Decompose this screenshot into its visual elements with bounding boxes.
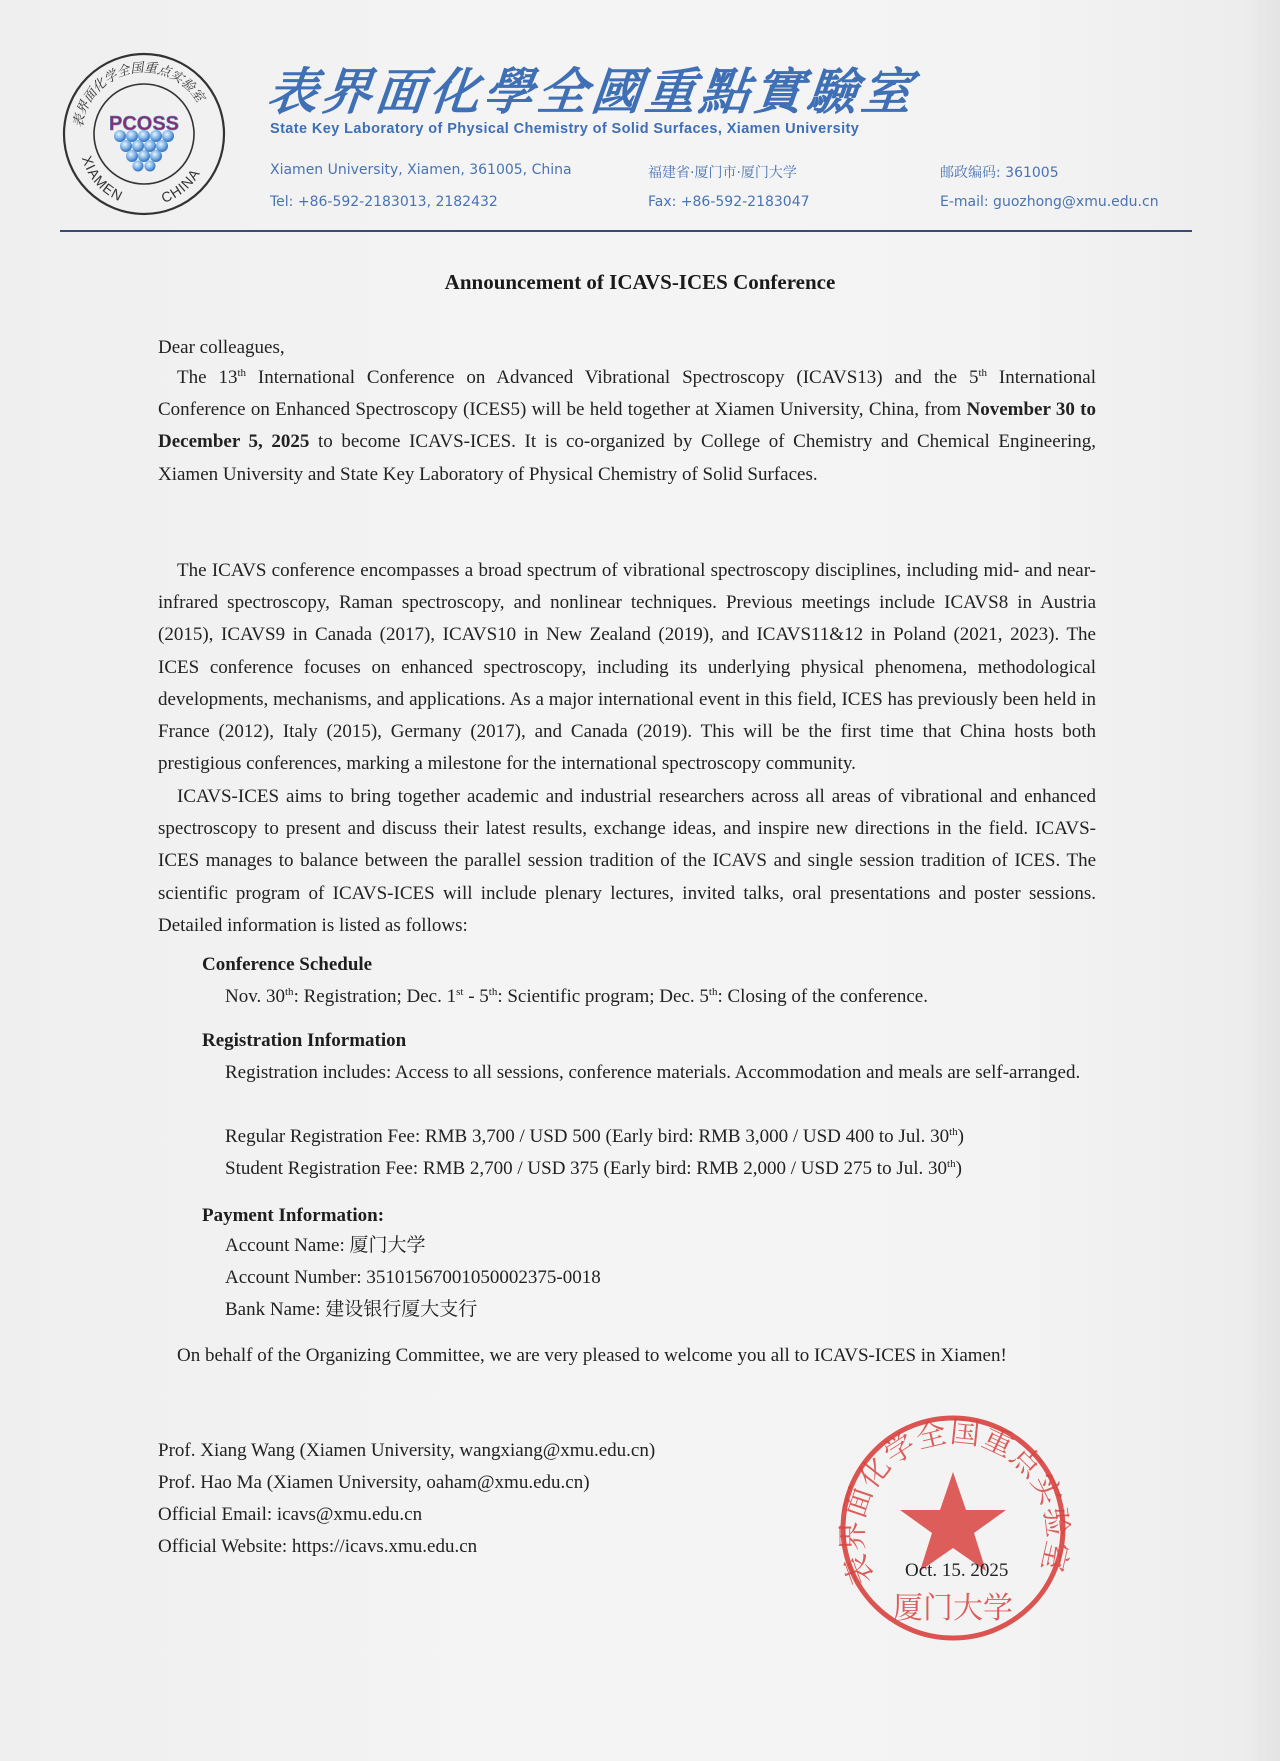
star-icon (900, 1472, 1006, 1571)
svg-text:厦门大学: 厦门大学 (893, 1591, 1013, 1626)
scan-edge-shadow (1240, 0, 1280, 1761)
registration-includes: Registration includes: Access to all ses… (225, 1057, 1095, 1089)
payment-heading: Payment Information: (202, 1205, 384, 1227)
document-page: 表界面化学全国重点实验室 XIAMEN CHINA PCOSS 表界面化學全國重… (0, 0, 1280, 1761)
official-seal: 表界面化学全国重点实验室 厦门大学 (835, 1410, 1071, 1646)
official-email: Official Email: icavs@xmu.edu.cn (158, 1499, 422, 1531)
lab-emblem-icon: 表界面化学全国重点实验室 XIAMEN CHINA PCOSS (60, 50, 228, 218)
student-fee: Student Registration Fee: RMB 2,700 / US… (225, 1153, 1095, 1185)
closing-paragraph: On behalf of the Organizing Committee, w… (158, 1340, 1096, 1372)
regular-fee: Regular Registration Fee: RMB 3,700 / US… (225, 1121, 1095, 1153)
header-divider (60, 230, 1192, 232)
page-title: Announcement of ICAVS-ICES Conference (0, 270, 1280, 295)
account-name: Account Name: 厦门大学 (225, 1230, 1095, 1262)
account-number: Account Number: 35101567001050002375-001… (225, 1262, 1095, 1294)
registration-heading: Registration Information (202, 1030, 406, 1052)
telephone: Tel: +86-592-2183013, 2182432 (270, 194, 498, 210)
svg-text:PCOSS: PCOSS (109, 113, 179, 135)
paragraph-aims: ICAVS-ICES aims to bring together academ… (158, 781, 1096, 942)
address-chinese: 福建省·厦门市·厦门大学 (648, 162, 797, 182)
bank-name: Bank Name: 建设银行厦大支行 (225, 1294, 1095, 1326)
address-english: Xiamen University, Xiamen, 361005, China (270, 162, 572, 178)
svg-text:CHINA: CHINA (159, 165, 203, 205)
lab-name-english: State Key Laboratory of Physical Chemist… (270, 121, 859, 137)
postcode: 邮政编码: 361005 (940, 162, 1059, 182)
schedule-line: Nov. 30th: Registration; Dec. 1st - 5th:… (225, 981, 1095, 1013)
contact-hao-ma: Prof. Hao Ma (Xiamen University, oaham@x… (158, 1467, 590, 1499)
fax: Fax: +86-592-2183047 (648, 194, 810, 210)
stamp-date: Oct. 15. 2025 (905, 1560, 1008, 1582)
paragraph-background: The ICAVS conference encompasses a broad… (158, 555, 1096, 780)
contact-xiang-wang: Prof. Xiang Wang (Xiamen University, wan… (158, 1435, 655, 1467)
salutation: Dear colleagues, (158, 332, 1096, 364)
paragraph-intro: The 13th International Conference on Adv… (158, 362, 1096, 491)
official-website: Official Website: https://icavs.xmu.edu.… (158, 1531, 477, 1563)
letterhead-email: E-mail: guozhong@xmu.edu.cn (940, 194, 1159, 210)
schedule-heading: Conference Schedule (202, 954, 372, 976)
lab-name-chinese: 表界面化學全國重點實驗室 (264, 52, 920, 124)
